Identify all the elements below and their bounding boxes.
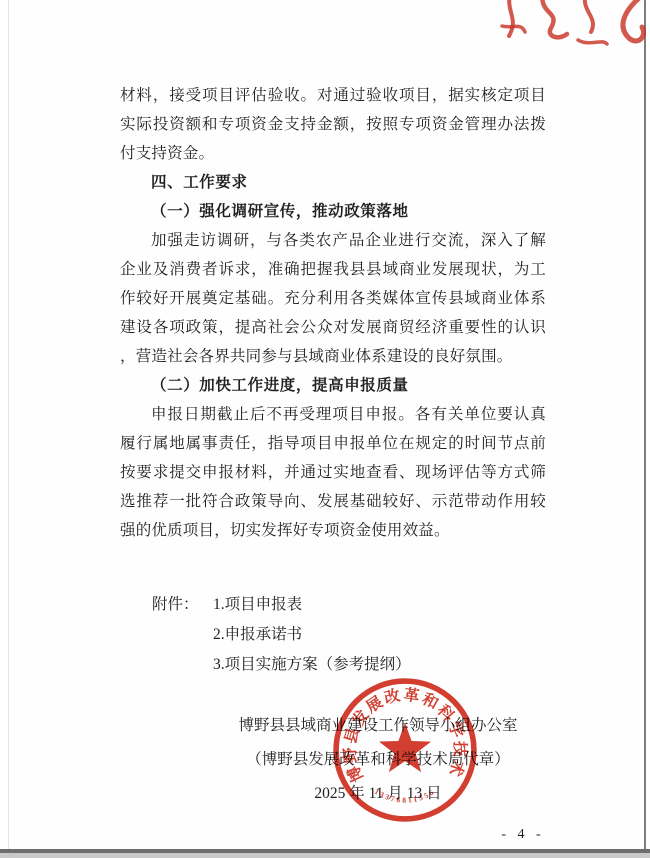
scan-edge-bottom-band [0,853,650,858]
attachment-block: 附件：1.项目申报表 2.申报承诺书 3.项目实施方案（参考提纲） [152,590,572,680]
body-line: ，营造社会各界共同参与县域商业体系建设的良好氛围。 [120,342,546,371]
red-ink-fragment [498,0,648,58]
body-line: 履行属地属事责任，指导项目申报单位在规定的时间节点前 [120,429,546,458]
body-line: 加强走访调研，与各类农产品企业进行交流，深入了解 [120,226,546,255]
seal-star-icon [379,723,431,772]
body-line: 强的优质项目，切实发挥好专项资金使用效益。 [120,516,546,545]
attachment-item: 3.项目实施方案（参考提纲） [213,656,411,673]
scanned-document: 材料，接受项目评估验收。对通过验收项目，据实核定项目实际投资额和专项资金支持金额… [0,0,650,858]
scan-edge-left [8,0,9,858]
body-line: 申报日期截止后不再受理项目申报。各有关单位要认真 [120,400,546,429]
official-seal: 博野县发展改革和科学技术局 13376811356 [330,675,480,825]
body-line: 实际投资额和专项资金支持金额，按照专项资金管理办法拨 [120,110,546,139]
attachment-item: 2.申报承诺书 [213,626,302,643]
body-line: 选推荐一批符合政策导向、发展基础较好、示范带动作用较 [120,487,546,516]
body-line: 材料，接受项目评估验收。对通过验收项目，据实核定项目 [120,81,546,110]
body-line: （一）强化调研宣传，推动政策落地 [120,197,546,226]
body-line: 作较好开展奠定基础。充分利用各类媒体宣传县域商业体系 [120,284,546,313]
body-line: 按要求提交申报材料，并通过实地查看、现场评估等方式筛 [120,458,546,487]
attachment-line: 附件：1.项目申报表 [152,590,572,620]
page-number: - 4 - [493,827,553,843]
seal-code: 13376811356 [373,787,437,805]
body-line: （二）加快工作进度，提高申报质量 [120,371,546,400]
document-body: 材料，接受项目评估验收。对通过验收项目，据实核定项目实际投资额和专项资金支持金额… [120,81,546,545]
body-line: 四、工作要求 [120,168,546,197]
attachment-line: 2.申报承诺书 [152,620,572,650]
attachment-item: 1.项目申报表 [213,596,302,613]
body-line: 付支持资金。 [120,139,546,168]
seal-ring-text: 博野县发展改革和科学技术局 [330,675,469,785]
scan-edge-right [644,0,646,858]
body-line: 企业及消费者诉求，准确把握我县县域商业发展现状，为工 [120,255,546,284]
attachment-label: 附件： [152,590,213,620]
body-line: 建设各项政策，提高社会公众对发展商贸经济重要性的认识 [120,313,546,342]
